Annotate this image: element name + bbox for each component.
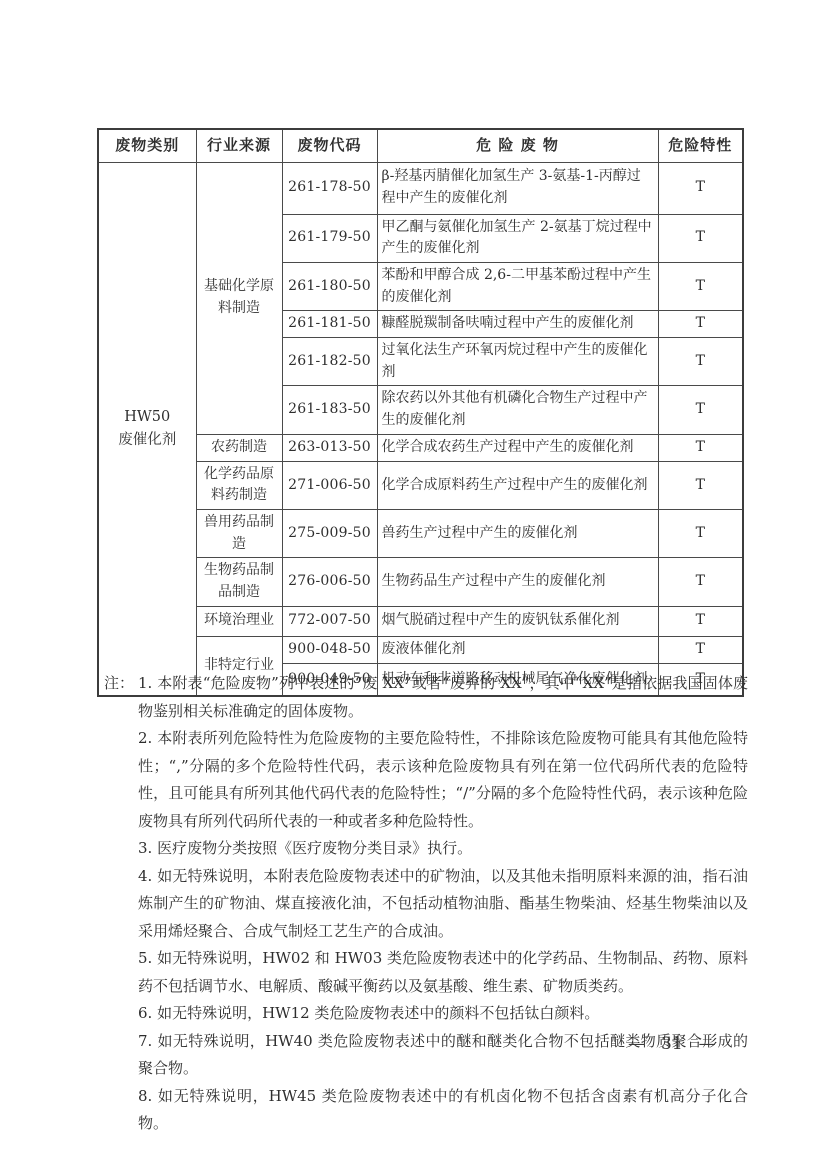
waste-description-cell: 苯酚和甲醇合成 2,6-二甲基苯酚过程中产生的废催化剂: [377, 262, 658, 310]
note-item-4: 4. 如无特殊说明，本附表危险废物表述中的矿物油，以及其他未指明原料来源的油，指…: [138, 863, 748, 946]
industry-cell: 兽用药品制造: [196, 510, 282, 558]
hazard-property-cell: T: [658, 510, 743, 558]
waste-code-cell: 271-006-50: [282, 461, 377, 509]
waste-category-cell: HW50 废催化剂: [98, 162, 196, 696]
industry-cell: 化学药品原料药制造: [196, 461, 282, 509]
waste-code-cell: 275-009-50: [282, 510, 377, 558]
table-header-row: 废物类别 行业来源 废物代码 危 险 废 物 危险特性: [98, 129, 743, 162]
col-header-waste-category: 废物类别: [98, 129, 196, 162]
waste-code-cell: 261-181-50: [282, 311, 377, 338]
hazard-property-cell: T: [658, 461, 743, 509]
col-header-industry-source: 行业来源: [196, 129, 282, 162]
waste-description-cell: 糠醛脱羰制备呋喃过程中产生的废催化剂: [377, 311, 658, 338]
waste-code-cell: 772-007-50: [282, 606, 377, 636]
hazard-property-cell: T: [658, 311, 743, 338]
page-number-dash-left: —: [628, 1034, 645, 1054]
hazard-property-cell: T: [658, 606, 743, 636]
note-item-5: 5. 如无特殊说明，HW02 和 HW03 类危险废物表述中的化学药品、生物制品…: [138, 945, 748, 1000]
page-number-value: 31: [661, 1034, 683, 1054]
hazard-property-cell: T: [658, 636, 743, 663]
industry-cell: 基础化学原料制造: [196, 162, 282, 434]
waste-description-cell: 烟气脱硝过程中产生的废钒钛系催化剂: [377, 606, 658, 636]
waste-description-cell: 化学合成原料药生产过程中产生的废催化剂: [377, 461, 658, 509]
page-number-dash-right: —: [699, 1034, 716, 1054]
waste-description-cell: 废液体催化剂: [377, 636, 658, 663]
waste-code-cell: 263-013-50: [282, 434, 377, 461]
col-header-waste-code: 废物代码: [282, 129, 377, 162]
note-item-8: 8. 如无特殊说明，HW45 类危险废物表述中的有机卤化物不包括含卤素有机高分子…: [138, 1083, 748, 1138]
note-item-6: 6. 如无特殊说明，HW12 类危险废物表述中的颜料不包括钛白颜料。: [138, 1000, 748, 1028]
hazard-property-cell: T: [658, 558, 743, 606]
hazard-property-cell: T: [658, 262, 743, 310]
col-header-hazardous-waste: 危 险 废 物: [377, 129, 658, 162]
industry-cell: 生物药品制品制造: [196, 558, 282, 606]
note-item-3: 3. 医疗废物分类按照《医疗废物分类目录》执行。: [138, 835, 748, 863]
hazard-property-cell: T: [658, 214, 743, 262]
table-row: HW50 废催化剂 基础化学原料制造 261-178-50 β-羟基丙腈催化加氢…: [98, 162, 743, 214]
col-header-hazard-property: 危险特性: [658, 129, 743, 162]
waste-description-cell: 除农药以外其他有机磷化合物生产过程中产生的废催化剂: [377, 386, 658, 434]
waste-description-cell: β-羟基丙腈催化加氢生产 3-氨基-1-丙醇过程中产生的废催化剂: [377, 162, 658, 214]
waste-description-cell: 生物药品生产过程中产生的废催化剂: [377, 558, 658, 606]
waste-code-cell: 261-182-50: [282, 337, 377, 385]
notes-label: 注：: [104, 670, 134, 698]
hazard-property-cell: T: [658, 386, 743, 434]
industry-cell: 农药制造: [196, 434, 282, 461]
page-number: — 31 —: [628, 1034, 716, 1054]
hazard-property-cell: T: [658, 162, 743, 214]
hazard-property-cell: T: [658, 337, 743, 385]
hazardous-waste-table: 废物类别 行业来源 废物代码 危 险 废 物 危险特性 HW50 废催化剂 基础…: [97, 128, 744, 697]
waste-description-cell: 过氧化法生产环氧丙烷过程中产生的废催化剂: [377, 337, 658, 385]
notes-block: 注： 1. 本附表“危险废物”列中表述的“废 XX”或者“废弃的 XX”，其中“…: [104, 670, 748, 1138]
note-item-1: 1. 本附表“危险废物”列中表述的“废 XX”或者“废弃的 XX”，其中“XX”…: [138, 670, 748, 725]
waste-description-cell: 兽药生产过程中产生的废催化剂: [377, 510, 658, 558]
note-item-2: 2. 本附表所列危险特性为危险废物的主要危险特性，不排除该危险废物可能具有其他危…: [138, 725, 748, 835]
waste-code-cell: 261-178-50: [282, 162, 377, 214]
waste-code-cell: 261-180-50: [282, 262, 377, 310]
waste-code-cell: 261-183-50: [282, 386, 377, 434]
waste-description-cell: 甲乙酮与氨催化加氢生产 2-氨基丁烷过程中产生的废催化剂: [377, 214, 658, 262]
hazard-property-cell: T: [658, 434, 743, 461]
waste-description-cell: 化学合成农药生产过程中产生的废催化剂: [377, 434, 658, 461]
waste-code-cell: 276-006-50: [282, 558, 377, 606]
document-page: 废物类别 行业来源 废物代码 危 险 废 物 危险特性 HW50 废催化剂 基础…: [0, 0, 826, 1169]
industry-cell: 环境治理业: [196, 606, 282, 636]
waste-code-cell: 900-048-50: [282, 636, 377, 663]
waste-code-cell: 261-179-50: [282, 214, 377, 262]
